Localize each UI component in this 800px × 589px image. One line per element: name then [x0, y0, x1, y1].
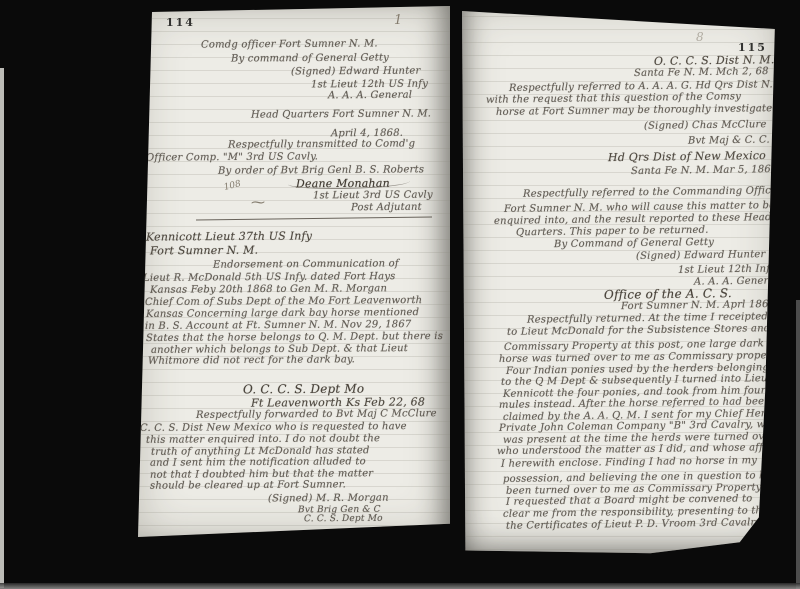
manuscript-line: By Command of General Getty [554, 238, 714, 250]
manuscript-line: to Lieut McDonald for the Subsistence St… [507, 324, 771, 338]
manuscript-line: horse at Fort Sumner may be thoroughly i… [496, 104, 779, 118]
pen-mark-108: 108 [223, 180, 242, 193]
endorsement-dateline: Fort Sumner N. M. Aprl 1868 [621, 300, 775, 312]
entry-heading: Kennicott Lieut 37th US Infy [146, 230, 312, 242]
manuscript-line: Endorsement on Communication of [213, 259, 399, 270]
manuscript-line: Respectfully transmitted to Comd'g [228, 139, 415, 150]
manuscript-line: Lieut R. McDonald 5th US Infy. dated For… [143, 272, 396, 284]
manuscript-line: Officer Comp. "M" 3rd US Cavly. [146, 152, 318, 163]
pen-mark-1: 1 [394, 14, 402, 27]
endorsement-dateline: Santa Fe N. M. Mar 5, 1868. [631, 165, 781, 177]
left-page: 114 1 Comdg officer Fort Sumner N. M. By… [138, 6, 450, 537]
manuscript-line: Kansas Concerning large dark bay horse m… [146, 308, 419, 320]
manuscript-line: Head Quarters Fort Sumner N. M. [251, 109, 431, 120]
manuscript-line: By order of Bvt Brig Genl B. S. Roberts [218, 165, 424, 176]
scanner-edge-bottom [0, 583, 800, 589]
manuscript-line: C. C. S. Dist New Mexico who is requeste… [140, 422, 407, 434]
manuscript-line: By command of General Getty [231, 53, 389, 64]
endorsement-heading: Hd Qrs Dist of New Mexico [608, 150, 766, 163]
manuscript-line: Chief Com of Subs Dept of the Mo Fort Le… [145, 296, 422, 308]
signature-flourish [288, 176, 410, 189]
pen-mark-8: 8 [696, 31, 704, 43]
manuscript-line: A. A. A. General [328, 91, 412, 102]
signature: (Signed) Edward Hunter [636, 250, 766, 262]
entry-subheading: Fort Sumner N. M. [150, 245, 258, 257]
manuscript-line: and I sent him the notification alluded … [150, 457, 366, 469]
pen-squiggle: ⁓ [251, 196, 265, 210]
signature: (Signed) Chas McClure [644, 120, 767, 132]
page-number-114: 114 [166, 16, 195, 29]
manuscript-line: this matter enquired into. I do not doub… [146, 434, 380, 446]
manuscript-line: (Signed) Edward Hunter [291, 67, 421, 78]
right-page: 115 8 O. C. C. S. Dist N. M. Santa Fe N.… [459, 4, 778, 556]
manuscript-line: Respectfully forwarded to Bvt Maj C McCl… [196, 409, 437, 421]
manuscript-line: Kansas Feby 20th 1868 to Gen M. R. Morga… [150, 284, 387, 296]
scanner-edge-left [0, 68, 4, 588]
scanner-edge-right [796, 300, 800, 589]
entry-divider [196, 217, 432, 221]
ledger-book-scan: 114 1 Comdg officer Fort Sumner N. M. By… [0, 0, 800, 589]
manuscript-line: Post Adjutant [351, 203, 422, 213]
manuscript-line: should be cleared up at Fort Sumner. [150, 480, 346, 491]
manuscript-line: Bvt Maj & C. C. S. [688, 135, 783, 146]
endorsement-heading: O. C. C. S. Dist N. M. [654, 54, 775, 67]
manuscript-line: Comdg officer Fort Sumner N. M. [201, 39, 378, 50]
manuscript-line: the Certificates of Lieut P. D. Vroom 3r… [506, 518, 761, 532]
endorsement-dateline: Santa Fe N. M. Mch 2, 68 [634, 67, 769, 79]
endorsement-dateline: Ft Leavenworth Ks Feb 22, 68 [251, 396, 425, 408]
manuscript-line: C. C. S. Dept Mo [304, 515, 383, 525]
manuscript-line: Whitmore did not rect for the dark bay. [148, 355, 355, 366]
manuscript-line: in B. S. Account at Ft. Sumner N. M. Nov… [145, 320, 412, 332]
manuscript-line: I herewith enclose. Finding I had no hor… [501, 456, 757, 470]
manuscript-line: 1st Lieut 12th Infantry [678, 264, 798, 276]
manuscript-line: Respectfully referred to the Commanding … [523, 186, 782, 200]
page-number-115: 115 [738, 41, 767, 54]
signature: (Signed) M. R. Morgan [268, 494, 389, 505]
manuscript-line: 1st Lieut 3rd US Cavly [313, 191, 433, 202]
endorsement-heading: O. C. C. S. Dept Mo [243, 383, 364, 396]
